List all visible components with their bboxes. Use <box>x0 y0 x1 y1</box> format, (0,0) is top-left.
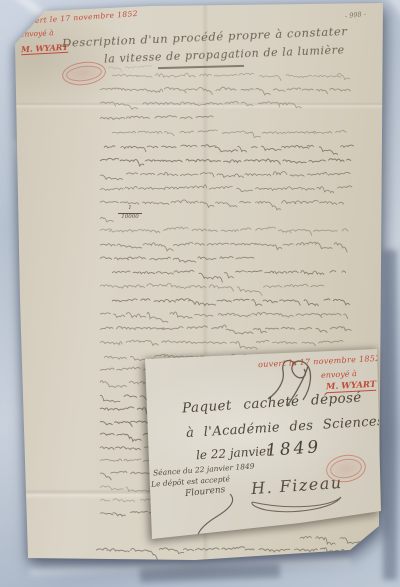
envelope-wrap: ouvert le 17 novembre 1852 envoyé à M. W… <box>0 0 400 587</box>
fizeau-underline-flourish <box>252 497 341 512</box>
envelope-flourishes-svg <box>0 0 400 587</box>
envelope-red-annotation-line2: envoyé à <box>321 369 357 380</box>
stamp-inner-ring <box>329 457 364 481</box>
flourens-flourish <box>197 494 232 544</box>
envelope-year-1849: 1849 <box>265 437 322 461</box>
photo-of-manuscript: { "page_number": "- 998 -", "letter": { … <box>0 0 400 587</box>
sealed-packet-envelope: ouvert le 17 novembre 1852 envoyé à M. W… <box>0 0 400 587</box>
